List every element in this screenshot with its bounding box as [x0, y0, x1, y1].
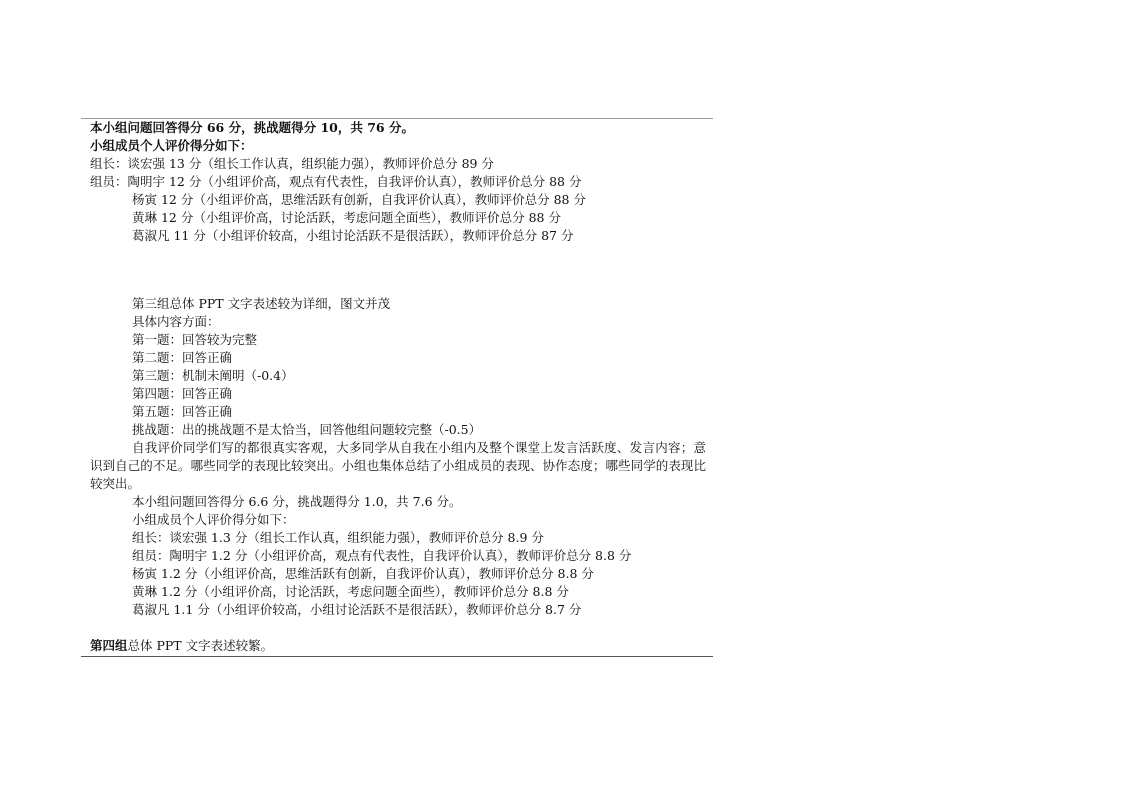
group3-members-heading: 小组成员个人评价得分如下：	[90, 511, 706, 529]
group3-question: 第五题：回答正确	[90, 403, 706, 421]
group3-question: 第四题：回答正确	[90, 385, 706, 403]
group2-member: 杨寅 12 分（小组评价高，思维活跃有创新，自我评价认真），教师评价总分 88 …	[90, 191, 706, 209]
group3-member: 黄琳 1.2 分（小组评价高，讨论活跃，考虑问题全面些），教师评价总分 8.8 …	[90, 583, 706, 601]
group2-section: 本小组问题回答得分 66 分，挑战题得分 10，共 76 分。 小组成员个人评价…	[90, 119, 706, 245]
group3-question: 第二题：回答正确	[90, 349, 706, 367]
group3-member: 葛淑凡 1.1 分（小组评价较高，小组讨论活跃不是很活跃），教师评价总分 8.7…	[90, 601, 706, 619]
group3-member-first: 组员：陶明宇 1.2 分（小组评价高，观点有代表性，自我评价认真），教师评价总分…	[90, 547, 706, 565]
document-page: 本小组问题回答得分 66 分，挑战题得分 10，共 76 分。 小组成员个人评价…	[81, 0, 713, 794]
group3-content-heading: 具体内容方面：	[90, 313, 706, 331]
group2-member: 黄琳 12 分（小组评价高，讨论活跃，考虑问题全面些），教师评价总分 88 分	[90, 209, 706, 227]
group3-overview: 第三组总体 PPT 文字表述较为详细，图文并茂	[90, 295, 706, 313]
group4-title: 第四组	[90, 638, 128, 653]
group3-question: 第一题：回答较为完整	[90, 331, 706, 349]
group2-summary: 本小组问题回答得分 66 分，挑战题得分 10，共 76 分。	[90, 119, 706, 137]
group3-question: 第三题：机制未阐明（-0.4）	[90, 367, 706, 385]
group2-members-heading: 小组成员个人评价得分如下：	[90, 137, 706, 155]
group3-section: 第三组总体 PPT 文字表述较为详细，图文并茂 具体内容方面： 第一题：回答较为…	[90, 295, 706, 655]
group3-challenge: 挑战题：出的挑战题不是太恰当，回答他组问题较完整（-0.5）	[90, 421, 706, 439]
group3-member: 杨寅 1.2 分（小组评价高，思维活跃有创新，自我评价认真），教师评价总分 8.…	[90, 565, 706, 583]
group2-member: 葛淑凡 11 分（小组评价较高，小组讨论活跃不是很活跃），教师评价总分 87 分	[90, 227, 706, 245]
group3-summary: 本小组问题回答得分 6.6 分，挑战题得分 1.0，共 7.6 分。	[90, 493, 706, 511]
group3-self-eval-paragraph: 自我评价同学们写的都很真实客观，大多同学从自我在小组内及整个课堂上发言活跃度、发…	[90, 439, 706, 493]
group4-overview-text: 总体 PPT 文字表述较繁。	[128, 638, 274, 653]
blank-line	[90, 619, 706, 637]
bottom-divider	[81, 656, 713, 657]
group2-member-first: 组员：陶明宇 12 分（小组评价高，观点有代表性，自我评价认真），教师评价总分 …	[90, 173, 706, 191]
group4-overview: 第四组总体 PPT 文字表述较繁。	[90, 637, 706, 655]
group3-leader: 组长：谈宏强 1.3 分（组长工作认真，组织能力强），教师评价总分 8.9 分	[90, 529, 706, 547]
group2-leader: 组长：谈宏强 13 分（组长工作认真，组织能力强），教师评价总分 89 分	[90, 155, 706, 173]
